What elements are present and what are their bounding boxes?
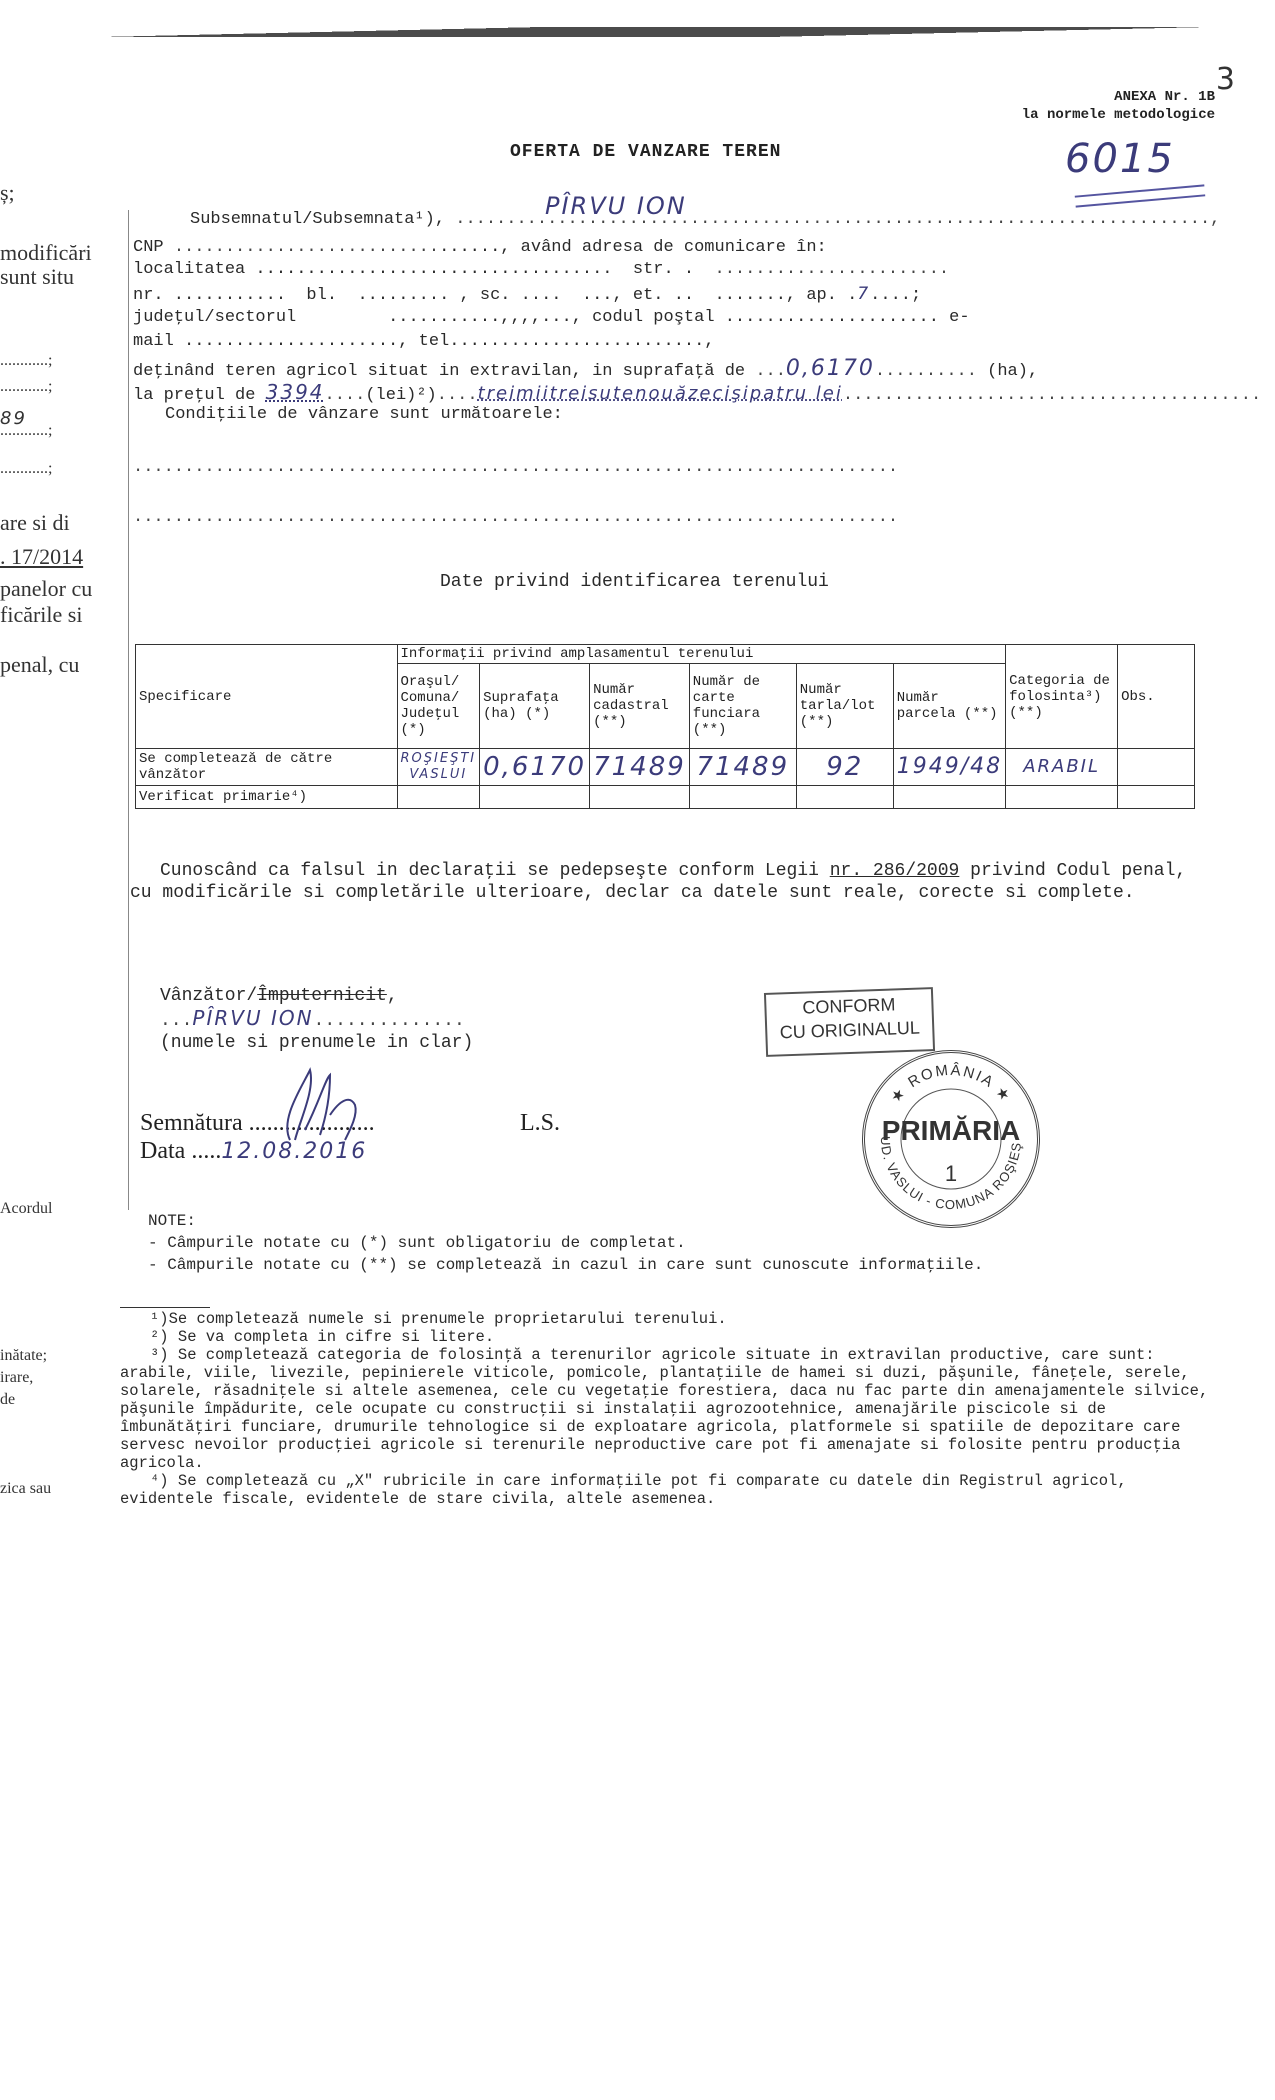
page-number: 3 (1216, 62, 1235, 97)
column-header: Număr cadastral (**) (590, 664, 690, 749)
town-hall-seal: ★ ROMÂNIA ★ JUD. VASLUI - COMUNA ROŞIEŞT… (862, 1050, 1040, 1228)
form-line-area: deţinând teren agricol situat in extravi… (133, 356, 1038, 381)
field-label: CNP (133, 238, 164, 257)
page-edge-divider (128, 210, 129, 1210)
notes-section: NOTE: - Câmpurile notate cu (*) sunt obl… (148, 1210, 983, 1276)
footnote-2: ²) Se va completa in cifre si litere. (120, 1328, 1210, 1346)
form-line-address-number: nr. ........... bl. ......... , sc. ....… (133, 284, 921, 305)
field-text: ......, având adresa de comunicare în: (439, 238, 827, 257)
column-header: Număr parcela (**) (893, 664, 1005, 749)
law-reference: nr. 286/2009 (830, 861, 960, 881)
signature-block: Vânzător/Împuternicit, ...PÎRVU ION.....… (160, 985, 473, 1054)
registration-underline (1075, 184, 1206, 207)
stamp-text: CONFORM (802, 994, 896, 1017)
stamp-text: CU ORIGINALUL (779, 1018, 920, 1043)
certified-copy-stamp: CONFORMCU ORIGINALUL (764, 987, 935, 1057)
name-caption: (numele si prenumele in clar) (160, 1033, 473, 1053)
cell-tarla[interactable]: 92 (796, 749, 893, 786)
row-label: Se completează de către vânzător (136, 749, 398, 786)
cell-cadastral[interactable]: 71489 (590, 749, 690, 786)
margin-fragment: inătate; (0, 1347, 47, 1364)
cell-category[interactable] (1006, 786, 1118, 809)
margin-fragment: ............; (0, 422, 52, 440)
footnote-1: ¹)Se completează numele si prenumele pro… (120, 1310, 1210, 1328)
field-text: ................................... str.… (255, 260, 694, 279)
field-label: Subsemnatul/Subsemnata¹), (190, 210, 445, 229)
margin-fragment: ............; (0, 352, 52, 370)
margin-fragment: are si di (0, 510, 70, 536)
margin-fragment: ............; (0, 378, 52, 396)
column-header: Specificare (136, 645, 398, 749)
margin-fragment: de (0, 1391, 15, 1408)
form-line-cnp: CNP ................................, av… (133, 238, 827, 257)
cell-area[interactable]: 0,6170 (480, 749, 590, 786)
margin-fragment: ș; (0, 180, 15, 206)
cell-cadastral[interactable] (590, 786, 690, 809)
document-title: OFERTA DE VANZARE TEREN (510, 142, 781, 162)
margin-fragment: panelor cu (0, 576, 92, 602)
margin-fragment: penal, cu (0, 652, 79, 678)
seal-label: L.S. (520, 1110, 560, 1136)
margin-fragment: ficările si (0, 602, 82, 628)
cell-locality[interactable]: ROŞIEŞTI VASLUI (397, 749, 480, 786)
cell-parcel[interactable] (893, 786, 1005, 809)
seller-name-clear[interactable]: PÎRVU ION (192, 1006, 313, 1030)
margin-fragment-group: inătate; irare, de (0, 1345, 47, 1411)
cell-locality[interactable] (397, 786, 480, 809)
currency-label: (lei)²) (365, 386, 436, 405)
margin-fragment: modificări (0, 240, 92, 266)
row-label: Verificat primarie⁴) (136, 786, 398, 809)
field-label: la preţul de (133, 386, 255, 405)
group-header: Informaţii privind amplasamentul terenul… (397, 645, 1006, 664)
date-label: Data (140, 1138, 185, 1164)
field-label: deţinând teren agricol situat in extravi… (133, 362, 745, 381)
conditions-line-1[interactable]: ........................................… (133, 458, 898, 477)
field-label: localitatea (133, 260, 245, 279)
footnote-divider (120, 1307, 210, 1308)
apartment-field[interactable]: 7 (857, 284, 870, 304)
field-label: judeţul/sectorul (133, 308, 296, 327)
scan-edge-bar (40, 27, 1270, 37)
footnotes: ¹)Se completează numele si prenumele pro… (120, 1310, 1210, 1508)
cell-parcel[interactable]: 1949/48 (893, 749, 1005, 786)
margin-fragment: sunt situ (0, 264, 74, 290)
column-header: Categoria de folosinta³) (**) (1006, 645, 1118, 749)
conditions-line-2[interactable]: ........................................… (133, 508, 898, 527)
note-item: - Câmpurile notate cu (**) se completeaz… (148, 1256, 983, 1274)
registration-number: 6015 (1065, 136, 1175, 182)
annex-number: ANEXA Nr. 1B (1114, 89, 1215, 105)
seller-name-field[interactable]: PÎRVU ION (545, 192, 687, 220)
date-line: Data .....12.08.2016 (140, 1138, 367, 1165)
form-line-contact: mail ....................., tel.........… (133, 332, 715, 351)
column-header: Suprafaţa (ha) (*) (480, 664, 590, 749)
legal-declaration: Cunoscând ca falsul in declaraţii se ped… (130, 860, 1210, 904)
notes-heading: NOTE: (148, 1212, 196, 1230)
margin-fragment: irare, (0, 1369, 33, 1386)
area-field[interactable]: 0,6170 (786, 356, 875, 381)
overlapping-page-fragment: ș; modificări sunt situ ............; ..… (0, 180, 128, 1280)
price-field[interactable]: 3394 (266, 380, 325, 404)
cell-land-book[interactable] (689, 786, 796, 809)
table-header-row: Specificare Informaţii privind amplasame… (136, 645, 1195, 664)
price-in-words-field[interactable]: treimiitreisutenouăzecişipatru lei (478, 383, 843, 404)
date-field[interactable]: 12.08.2016 (221, 1139, 367, 1164)
svg-text:★ ROMÂNIA ★: ★ ROMÂNIA ★ (887, 1062, 1015, 1106)
annex-subtitle: la normele metodologice (1022, 107, 1215, 123)
cell-obs[interactable] (1118, 749, 1195, 786)
column-header: Număr de carte funciara (**) (689, 664, 796, 749)
conditions-label: Condiţiile de vânzare sunt următoarele: (165, 405, 563, 424)
note-item: - Câmpurile notate cu (*) sunt obligator… (148, 1234, 686, 1252)
form-line-locality: localitatea ............................… (133, 260, 949, 279)
role-label: Vânzător/ (160, 986, 257, 1006)
cell-category[interactable]: ARABIL (1006, 749, 1118, 786)
footnote-3: ³) Se completează categoria de folosinţă… (120, 1346, 1210, 1472)
table-row: Verificat primarie⁴) (136, 786, 1195, 809)
form-line-name: Subsemnatul/Subsemnata¹), ..............… (190, 210, 1220, 229)
cell-obs[interactable] (1118, 786, 1195, 809)
margin-fragment: ............; (0, 460, 52, 478)
column-header: Număr tarla/lot (**) (796, 664, 893, 749)
cell-area[interactable] (480, 786, 590, 809)
annex-reference: ANEXA Nr. 1B la normele metodologice (1022, 88, 1215, 124)
field-label: nr. ........... bl. (133, 286, 337, 305)
field-text: ......... , sc. .... ..., et. .. .......… (357, 286, 857, 305)
cell-land-book[interactable]: 71489 (689, 749, 796, 786)
unit-label: (ha), (987, 362, 1038, 381)
form-line-price: la preţul de 3394....(lei)²)....treimiit… (133, 380, 1261, 405)
punctuation: , (387, 986, 398, 1006)
table-row: Se completează de către vânzător ROŞIEŞT… (136, 749, 1195, 786)
form-line-county: judeţul/sectorul ...........,,,,..., cod… (133, 308, 970, 327)
margin-fragment: . 17/2014 (0, 544, 83, 570)
margin-fragment: zica sau (0, 1480, 51, 1498)
seal-number: 1 (865, 1161, 1037, 1187)
declaration-text: Cunoscând ca falsul in declaraţii se ped… (160, 861, 830, 881)
cell-tarla[interactable] (796, 786, 893, 809)
margin-fragment: Acordul (0, 1200, 52, 1218)
role-label-struck: Împuternicit (257, 986, 387, 1006)
seal-center-label: PRIMĂRIA (865, 1115, 1037, 1147)
column-header: Oraşul/ Comuna/ Judeţul (*) (397, 664, 480, 749)
land-identification-table: Specificare Informaţii privind amplasame… (135, 644, 1195, 809)
footnote-4: ⁴) Se completează cu „X" rubricile in ca… (120, 1472, 1210, 1508)
field-text: ...........,,,,..., codul poştal .......… (388, 308, 970, 327)
section-title: Date privind identificarea terenului (440, 572, 829, 592)
signature-label: Semnătura (140, 1110, 243, 1136)
handwritten-signature (270, 1060, 390, 1150)
column-header: Obs. (1118, 645, 1195, 749)
